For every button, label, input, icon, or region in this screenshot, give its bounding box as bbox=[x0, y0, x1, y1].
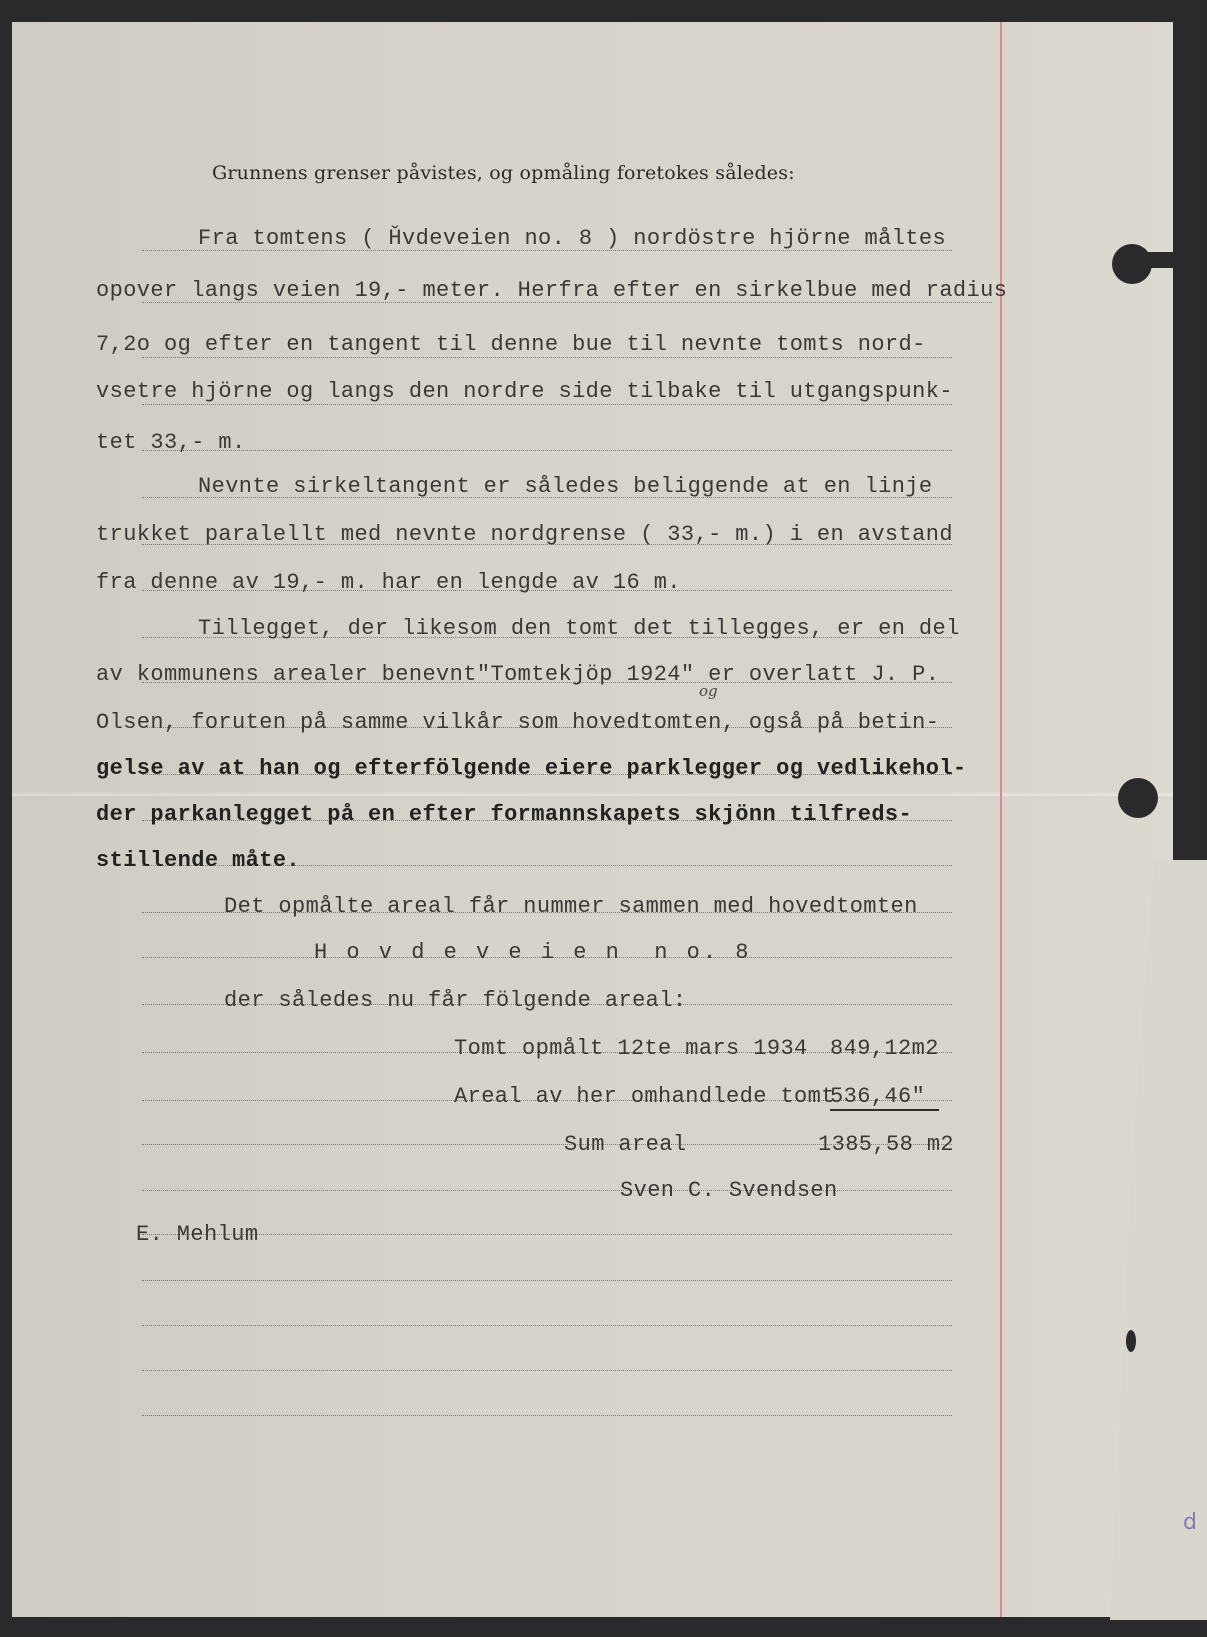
area-value-2: 536,46" bbox=[830, 1084, 939, 1111]
text-line: Det opmålte areal får nummer sammen med … bbox=[224, 894, 918, 919]
text-line: Nevnte sirkeltangent er således beliggen… bbox=[198, 474, 933, 499]
text-line: fra denne av 19,- m. har en lengde av 16… bbox=[96, 570, 681, 595]
area-label-2: Areal av her omhandlede tomt bbox=[454, 1084, 835, 1109]
text-line: der således nu får fölgende areal: bbox=[224, 988, 686, 1013]
punch-hole bbox=[1118, 778, 1158, 818]
text-line: Tillegget, der likesom den tomt det till… bbox=[198, 616, 960, 641]
paper-fold bbox=[12, 792, 1173, 798]
text-line: 7,2o og efter en tangent til denne bue t… bbox=[96, 332, 926, 357]
area-label-3: Sum areal bbox=[564, 1132, 686, 1157]
text-line: stillende måte. bbox=[96, 848, 300, 873]
area-value-1: 849,12m2 bbox=[830, 1036, 939, 1061]
signature-surveyor: Sven C. Svendsen bbox=[620, 1178, 838, 1203]
text-line: vsetre hjörne og langs den nordre side t… bbox=[96, 379, 953, 404]
punch-hole bbox=[1126, 1330, 1136, 1352]
text-line: gelse av at han og efterfölgende eiere p… bbox=[96, 756, 967, 781]
red-margin-line bbox=[1000, 22, 1002, 1617]
text-line: Fra tomtens ( Ȟvdeveien no. 8 ) nordöst… bbox=[198, 226, 946, 251]
punch-notch bbox=[1140, 252, 1180, 268]
dotted-rule bbox=[142, 1325, 952, 1326]
text-line: tet 33,- m. bbox=[96, 430, 246, 455]
dotted-rule bbox=[142, 357, 952, 358]
text-line: av kommunens arealer benevnt"Tomtekjöp 1… bbox=[96, 662, 939, 687]
document-page: Grunnens grenser påvistes, og opmåling f… bbox=[12, 22, 1173, 1617]
page-heading: Grunnens grenser påvistes, og opmåling f… bbox=[212, 162, 795, 184]
area-label-1: Tomt opmålt 12te mars 1934 bbox=[454, 1036, 808, 1061]
text-line: trukket paralellt med nevnte nordgrense … bbox=[96, 522, 953, 547]
text-line: Olsen, foruten på samme vilkår som hoved… bbox=[96, 710, 939, 735]
stamp-fragment: d bbox=[1183, 1510, 1197, 1535]
area-value-3: 1385,58 m2 bbox=[818, 1132, 954, 1157]
text-line: opover langs veien 19,- meter. Herfra ef… bbox=[96, 278, 1007, 303]
dotted-rule bbox=[142, 1415, 952, 1416]
dotted-rule bbox=[142, 450, 952, 451]
text-line: der parkanlegget på en efter formannskap… bbox=[96, 802, 912, 827]
address-line: H o v d e v e i e n n o. 8 bbox=[314, 940, 751, 965]
signature-witness: E. Mehlum bbox=[136, 1222, 258, 1247]
dotted-rule bbox=[142, 1280, 952, 1281]
dotted-rule bbox=[142, 1370, 952, 1371]
dotted-rule bbox=[142, 404, 952, 405]
dotted-rule bbox=[142, 1234, 952, 1235]
